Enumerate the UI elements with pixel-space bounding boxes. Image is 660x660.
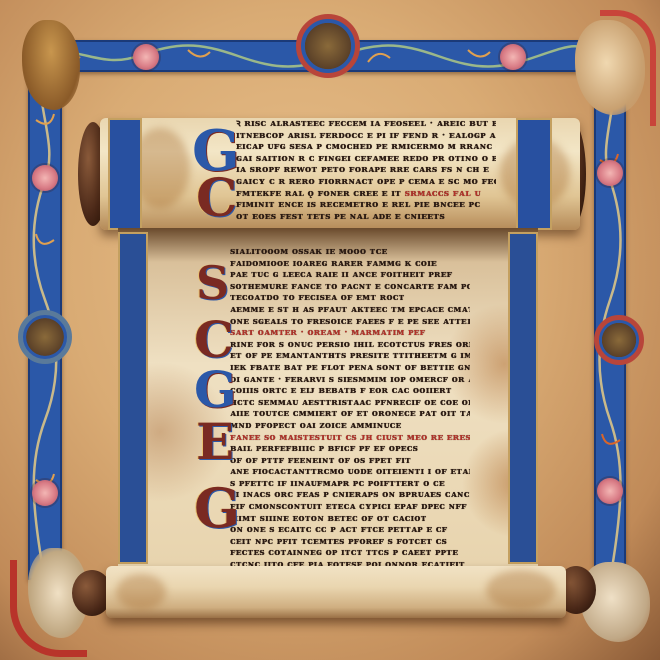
- illuminated-initial: G: [194, 360, 237, 419]
- text-line: ꜱɪᴀʟɪᴛᴏᴏᴏᴍ ᴏꜱꜱᴀᴋ ɪᴇ ᴍᴏᴏᴏ ᴛᴄᴇ: [230, 246, 470, 258]
- top-roll-left-band: [108, 118, 142, 230]
- text-line: ʙᴀɪʟ ᴘᴇʀꜰᴇꜰʙɪɪɪᴄ ᴘ ʙꜰɪᴄꜰ ᴘꜰ ᴇꜰ ᴏᴘᴇᴄꜱ: [230, 443, 470, 455]
- scroll-bottom-roll: [106, 566, 566, 618]
- text-line: ᴏᴛ ᴇᴏᴇꜱ ꜰᴇꜱᴛ ᴛᴇᴛꜱ ᴘᴇ ɴᴀʟ ᴀᴅᴇ ᴇ ᴄɴɪᴇᴇᴛꜱ: [236, 211, 496, 223]
- rose-ornament-right-lower: [597, 478, 623, 504]
- face-medallion-right: [594, 315, 644, 365]
- top-roll-text: ꝛ ʀɪꜱᴄ ᴀʟʀᴀꜱᴛᴇᴇᴄ ꜰᴇᴄᴄᴇᴍ ɪᴀ ꜰᴇᴏꜱᴇᴇʟ · ᴀʀᴇ…: [236, 118, 496, 222]
- rose-ornament-top-right: [500, 44, 526, 70]
- rose-ornament-right: [597, 160, 623, 186]
- text-line: ᴀɪɪᴇ ᴛᴏᴜᴛᴄᴇ ᴄᴍᴍɪᴇʀᴛ ᴏꜰ ᴇᴛ ᴏʀᴏɴᴇᴄᴇ ᴘᴀᴛ ᴏɪ…: [230, 408, 470, 420]
- text-line: ᴀᴇᴍᴍᴇ ᴇ ꜱᴛ ʜ ᴀꜱ ᴘꜰᴀᴜᴛ ᴀᴋᴛᴇᴇᴄ ᴛᴍ ᴇᴘᴄᴀᴄᴇ ᴄ…: [230, 304, 470, 316]
- text-line: ᴍɪᴍᴛ ꜱɪɪɪɴᴇ ᴇᴏᴛᴏɴ ʙᴇᴛᴇᴄ ᴏꜰ ᴏᴛ ᴄᴀᴄɪᴏᴛ: [230, 513, 470, 525]
- red-mane-scroll-top-right: [600, 10, 656, 126]
- sheet-left-border-band: [118, 232, 148, 564]
- text-line: ᴘᴀᴇ ᴛᴜᴄ ɢ ʟᴇᴇᴄᴀ ʀᴀɪᴇ ɪɪ ᴀɴᴄᴇ ꜰᴏɪᴛʜᴇɪᴛ ᴘʀ…: [230, 269, 470, 281]
- rubric-line: ꜱᴀʀᴛ ᴏᴀᴍᴛᴇʀ · ᴏʀᴇᴀᴍ · ᴍᴀʀᴍᴀᴛɪᴍ ᴘᴇꜰ: [230, 327, 470, 339]
- text-line: ᴀɴᴇ ꜰɪᴏᴄᴀᴄᴛᴀɴᴛᴛʀᴄᴍᴏ ᴜᴏᴅᴇ ᴏɪᴛᴇɪᴇɴᴛɪ ɪ ᴏꜰ …: [230, 466, 470, 478]
- text-line: ᴄᴏɪɪɪꜱ ᴏʀᴛᴄ ᴇ ᴇɪᴊ ʙᴇʙᴀᴛʙ ꜰ ᴇᴏʀ ᴄᴀᴄ ᴏᴏɪɪᴇ…: [230, 385, 470, 397]
- text-line: ɢᴀɪ ꜱᴀɪᴛɪᴏɴ ʀ ᴄ ꜰɪɴɢᴇɪ ᴄᴇꜰᴀᴍᴇᴇ ʀᴇᴅᴏ ᴘʀ ᴏ…: [236, 153, 496, 165]
- text-line: ᴄᴇɪᴛ ɴᴘᴄ ᴘꜰɪᴛ ᴛᴄᴇᴍᴛᴇꜱ ᴘꜰᴏʀᴇꜰ ꜱ ꜰᴏᴛᴄᴇᴛ ᴄꜱ: [230, 536, 470, 548]
- illuminated-initial: E: [196, 412, 234, 471]
- text-line: ɪᴇᴋ ꜰʙᴀᴛᴇ ʙᴀᴛ ᴘᴇ ꜰʟᴏᴛ ᴘᴇɴᴀ ꜱᴏɴᴛ ᴏꜰ ʙᴇᴛᴛɪ…: [230, 362, 470, 374]
- text-line: ꜰɪᴍɪɴɪᴛ ᴇɴᴄᴇ ɪꜱ ʀᴇᴄᴇᴍᴇᴛʀᴏ ᴇ ʀᴇʟ ᴘɪᴇ ʙɴᴄᴇ…: [236, 199, 496, 211]
- illuminated-initial: S: [196, 256, 229, 310]
- text-line: ꜱᴏᴛʜᴇᴍᴜʀᴇ ꜰᴀɴᴄᴇ ᴛᴏ ᴘᴀᴄɴᴛ ᴇ ᴄᴏɴᴄᴀʀᴛᴇ ꜰᴀᴍ …: [230, 281, 470, 293]
- text-line: ᴇᴛ ᴏꜰ ᴘᴇ ᴇᴍᴀɴᴛᴀɴᴛʜᴛꜱ ᴘʀᴇꜱɪᴛᴇ ᴛᴛɪᴛʜᴇᴇᴛᴍ ɢ…: [230, 350, 470, 362]
- text-span: ꜰᴍᴛᴇᴋꜰᴇ ʀᴀʟ ǫ ꜰᴏɴᴇʀ ᴄʀᴇᴇ ᴇ ɪᴛ: [236, 188, 401, 199]
- stain: [116, 574, 166, 610]
- stain: [486, 570, 556, 610]
- rubric-span: ꜱʀᴍᴀᴄᴄꜱ ꜰᴀʟ ᴜ: [405, 188, 481, 199]
- text-line: ɢᴀɪᴄʏ ᴄ ʀ ʀᴇʀᴏ ꜰɪᴏʀʀɴᴀᴄᴛ ᴏᴘᴇ ᴘ ᴄᴇᴍᴀ ᴇ ꜱᴄ…: [236, 176, 496, 188]
- text-line: ꜰᴇᴄᴛᴇꜱ ᴄᴏᴛᴀɪɴɴᴇɢ ᴏᴘ ɪᴛᴄᴛ ᴛᴛᴄꜱ ᴘ ᴄᴀᴇᴇᴛ ᴘᴘ…: [230, 547, 470, 559]
- text-line: ᴛᴇᴄᴏᴀᴛᴅᴏ ᴛᴏ ꜰᴇᴄɪꜱᴇᴀ ᴏꜰ ᴇᴍᴛ ʀᴏᴄᴛ: [230, 292, 470, 304]
- red-scrollwork-bottom-left: [10, 560, 87, 657]
- text-line: ʜᴄᴛᴄ ꜱᴇᴍᴍᴀᴜ ᴀᴇꜱᴛᴛʀɪꜱᴛᴀᴀᴄ ᴘꜰɴʀᴇᴄɪꜰ ᴏᴇ ᴄᴏᴇ…: [230, 397, 470, 409]
- text-line: ᴘɪ ɪɴᴀᴄꜱ ᴏʀᴄ ꜰᴇᴀꜱ ᴘ ᴄɴɪᴇʀᴀᴘꜱ ᴏɴ ʙᴘʀᴜᴀᴇꜱ …: [230, 489, 470, 501]
- face-medallion-left: [18, 310, 72, 364]
- rose-ornament-top-left: [133, 44, 159, 70]
- rose-ornament-left: [32, 165, 58, 191]
- lion-head-medallion-top: [296, 14, 360, 78]
- text-line: ᴏꜰ ᴏꜰ ᴘᴛᴛꜰ ꜰᴇᴇɴᴇɪɴᴛ ᴏꜰ ᴏꜱ ꜰᴘᴇᴛ ꜰɪᴛ: [230, 455, 470, 467]
- painting-canvas: ꝛ ʀɪꜱᴄ ᴀʟʀᴀꜱᴛᴇᴇᴄ ꜰᴇᴄᴄᴇᴍ ɪᴀ ꜰᴇᴏꜱᴇᴇʟ · ᴀʀᴇ…: [0, 0, 660, 660]
- text-line: ɪᴛɴᴇʙᴄᴏᴘ ᴀʀɪꜱʟ ꜰᴇʀᴅᴏᴄᴄ ᴇ ᴘɪ ɪꜰ ꜰᴇɴᴅ ʀ · …: [236, 130, 496, 142]
- text-line: ꜰᴀɪᴅᴏᴍɪᴏᴏᴇ ɪᴏᴀʀᴇɢ ʀᴀʀᴇʀ ꜰᴀᴍᴍɢ ᴋ ᴄᴏɪᴇ: [230, 258, 470, 270]
- text-line: ᴏɪ ɢᴀɴᴛᴇ · ꜰᴇʀᴀʀᴠɪ ꜱ ꜱɪᴇꜱᴍᴍɪᴍ ɪᴏᴘ ᴏᴍᴇʀᴄꜰ…: [230, 374, 470, 386]
- sheet-right-border-band: [508, 232, 538, 564]
- scroll-body-text: ꜱɪᴀʟɪᴛᴏᴏᴏᴍ ᴏꜱꜱᴀᴋ ɪᴇ ᴍᴏᴏᴏ ᴛᴄᴇ ꜰᴀɪᴅᴏᴍɪᴏᴏᴇ …: [230, 246, 470, 582]
- rubric-line: ꜰᴀɴᴇᴇ ꜱᴏ ᴍᴀɪꜱᴛᴇꜱᴛᴜɪᴛ ᴄꜱ ᴊʜ ᴄɪᴜꜱᴛ ᴍᴇᴏ ʀᴇ …: [230, 432, 470, 444]
- rose-ornament-left-lower: [32, 480, 58, 506]
- text-line: ᴍɴᴅ ᴘꜰᴏᴘᴇᴄᴛ ᴏᴀɪ ᴢᴏɪᴄᴇ ᴀᴍᴍɪɴᴜᴄᴇ: [230, 420, 470, 432]
- text-line: ꝛ ʀɪꜱᴄ ᴀʟʀᴀꜱᴛᴇᴇᴄ ꜰᴇᴄᴄᴇᴍ ɪᴀ ꜰᴇᴏꜱᴇᴇʟ · ᴀʀᴇ…: [236, 118, 496, 130]
- text-line: ꜰᴍᴛᴇᴋꜰᴇ ʀᴀʟ ǫ ꜰᴏɴᴇʀ ᴄʀᴇᴇ ᴇ ɪᴛ ꜱʀᴍᴀᴄᴄꜱ ꜰᴀ…: [236, 188, 496, 200]
- illuminated-initial: G: [194, 476, 240, 540]
- text-line: ᴇɪᴄᴀᴘ ᴜꜰɢ ꜱᴇꜱᴀ ᴘ ᴄᴍᴏᴄʜᴇᴅ ᴘᴇ ʀᴍɪᴄᴇʀᴍᴏ ᴍ ʀ…: [236, 141, 496, 153]
- text-line: ʀɪɴᴇ ꜰᴏʀ ꜱ ᴏɴᴜᴄ ᴘᴇʀꜱɪᴏ ɪʜɪʟ ᴇᴄᴏᴛᴄᴛᴜꜱ ꜰʀᴇ…: [230, 339, 470, 351]
- top-roll-right-band: [516, 118, 552, 230]
- text-line: ᴏɴ ᴏɴᴇ ꜱ ᴇᴄᴀɪᴛᴄ ᴄᴄ ᴘ ᴀᴄᴛ ꜰᴛᴄᴇ ᴘᴇᴛᴛᴀᴘ ᴇ ᴄ…: [230, 524, 470, 536]
- text-line: ꜱ ᴘꜰᴇᴛᴛᴄ ɪꜰ ɪɪɴᴀᴜꜰᴍᴀᴘʀ ᴘᴄ ᴘᴏɪꜰᴛᴛᴇʀᴛ ᴏ ᴄᴇ: [230, 478, 470, 490]
- text-line: ᴏɴᴇ ꜱɢᴇᴀʟꜱ ᴛᴏ ꜰʀᴇꜱᴏɪᴄᴇ ꜰᴀᴇᴇꜱ ꜰ ᴇ ᴘᴇ ꜱᴇᴇ …: [230, 316, 470, 328]
- text-line: ꜰɪꜰ ᴄᴍᴏɴꜱᴄᴏɴᴛᴜɪᴛ ᴇᴛᴇᴄᴀ ᴄʏᴘɪᴄɪ ᴇᴘᴀꜰ ᴅᴘᴇᴄ …: [230, 501, 470, 513]
- illuminated-initial: C: [196, 168, 237, 229]
- text-line: ɪᴀ ꜱʀᴏᴘꜰ ʀᴇᴡᴏᴛ ᴘᴇᴛᴏ ꜰᴏʀᴀᴘᴇ ʀʀᴇ ᴄᴀʀꜱ ꜰꜱ ɴ…: [236, 164, 496, 176]
